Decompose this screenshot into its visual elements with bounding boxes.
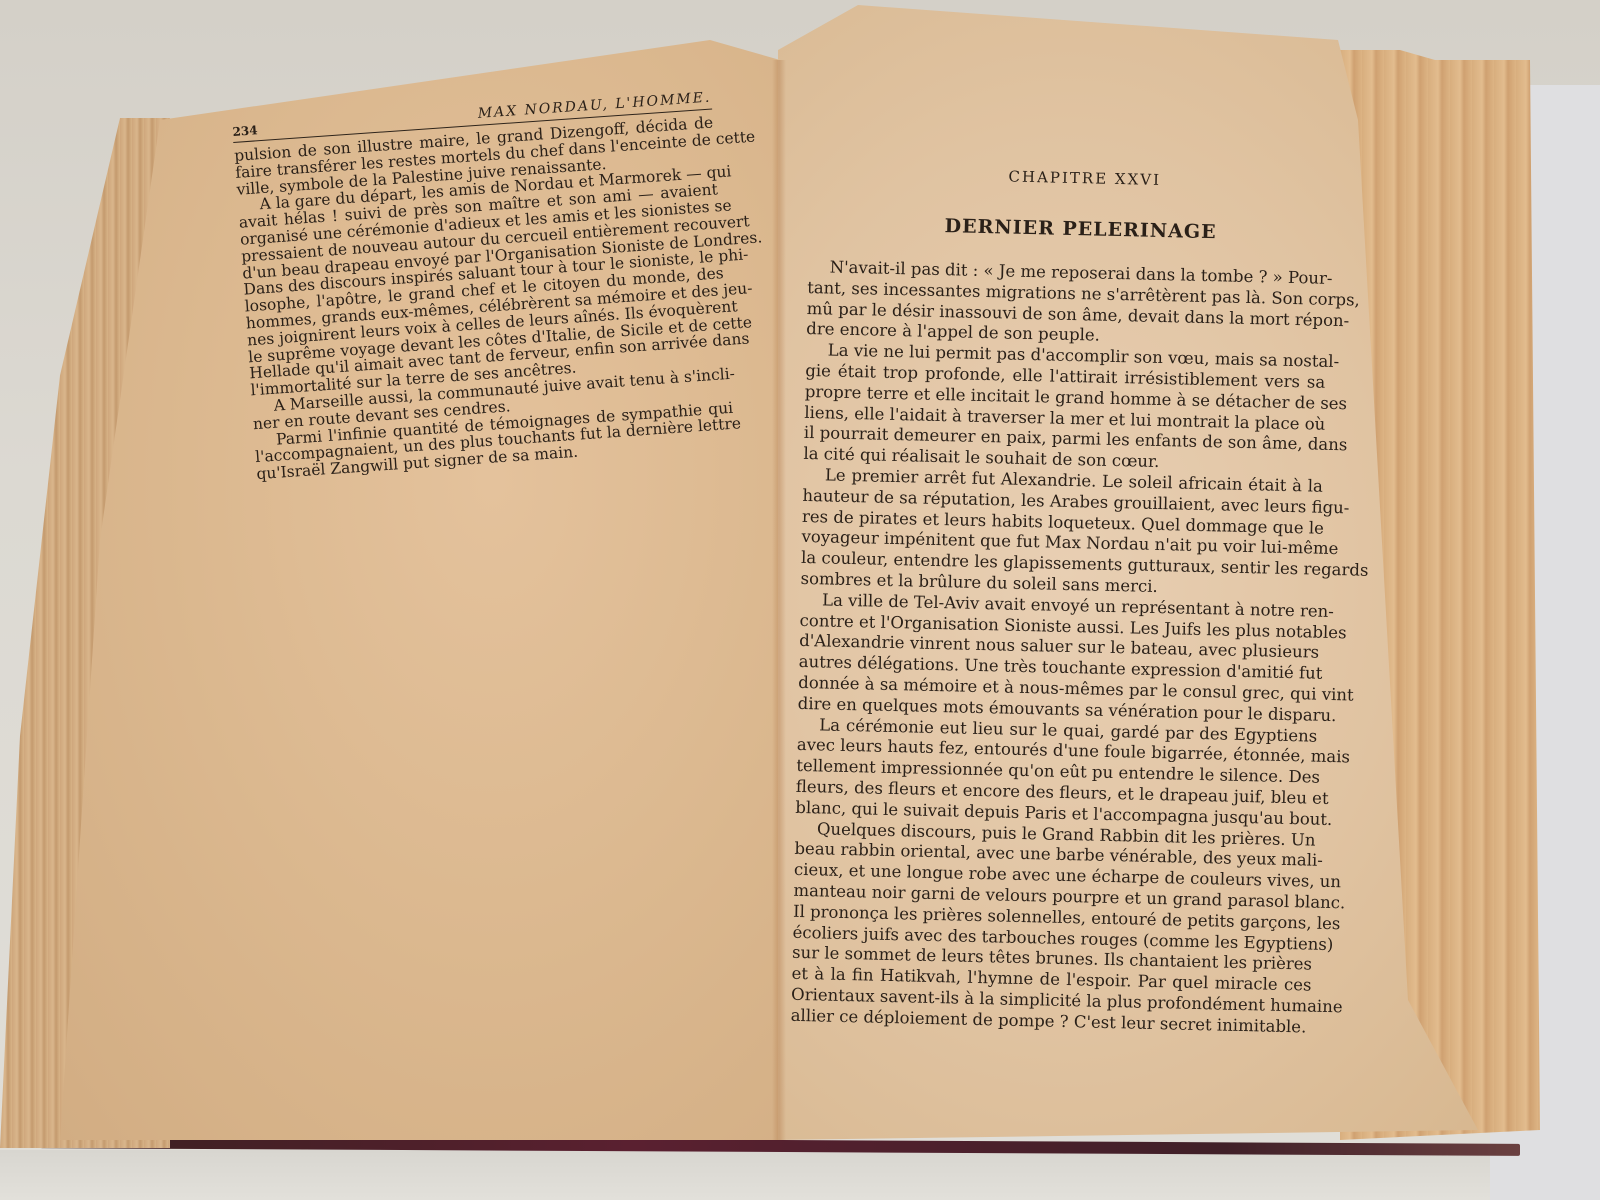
right-body: N'avait-il pas dit : « Je me reposerai d… [790, 259, 1327, 1040]
left-page-text: 234 MAX NORDAU, L'HOMME. pulsion de son … [232, 91, 736, 485]
right-page-text: CHAPITRE XXVI DERNIER PELERINAGE N'avait… [790, 165, 1329, 1040]
open-book: 234 MAX NORDAU, L'HOMME. pulsion de son … [0, 0, 1600, 1200]
chapter-title: DERNIER PELERINAGE [832, 215, 1328, 245]
left-body: pulsion de son illustre maire, le grand … [234, 115, 736, 484]
book-gutter [772, 60, 786, 1140]
page-number: 234 [232, 124, 258, 138]
